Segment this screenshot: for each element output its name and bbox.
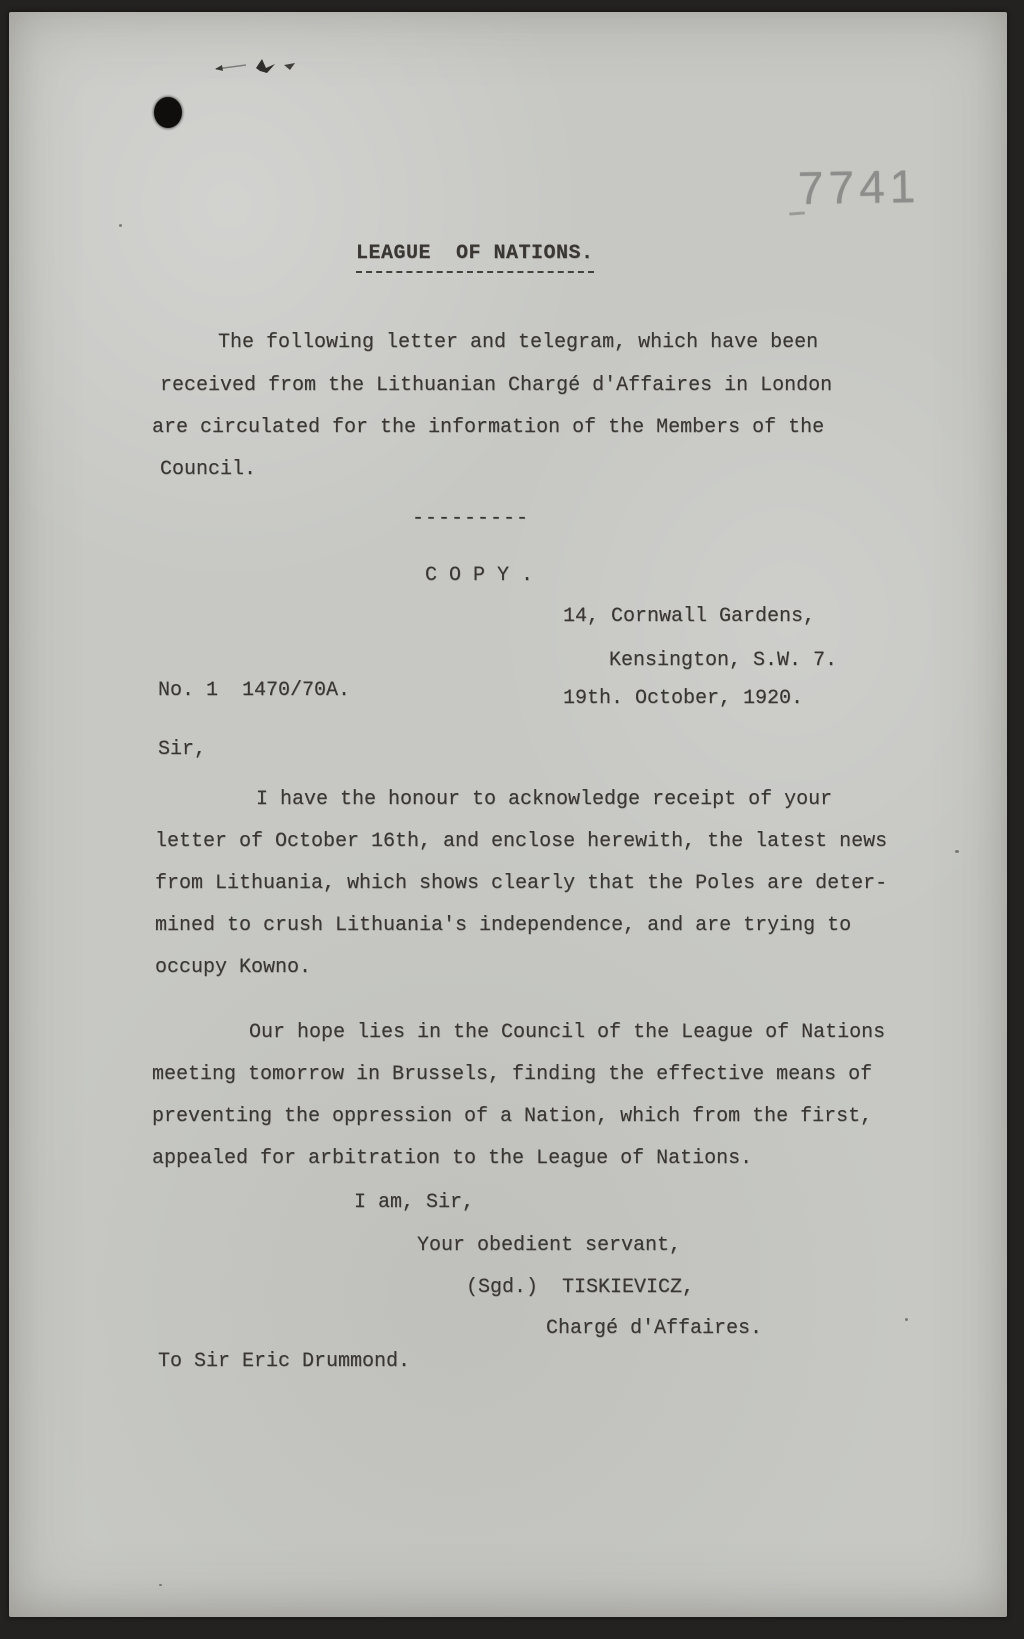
signature-line: (Sgd.) TISKIEVICZ, [466, 1275, 694, 1301]
salutation: Sir, [158, 737, 206, 763]
hole-punch-mark [154, 97, 182, 128]
paper-speck [905, 1318, 908, 1321]
dash-separator: --------- [412, 506, 529, 532]
body-line: occupy Kowno. [155, 955, 311, 981]
address-line: Kensington, S.W. 7. [609, 648, 837, 674]
document-title: LEAGUE OF NATIONS. [356, 241, 594, 273]
ink-scribble-mark [212, 52, 302, 84]
reference-number: No. 1 1470/70A. [158, 678, 350, 704]
scanned-document: 7741 LEAGUE OF NATIONS. The following le… [0, 0, 1024, 1639]
body-line: meeting tomorrow in Brussels, finding th… [152, 1062, 872, 1088]
body-line: preventing the oppression of a Nation, w… [152, 1104, 872, 1130]
paper: 7741 LEAGUE OF NATIONS. The following le… [9, 12, 1007, 1617]
body-line: mined to crush Lithuania's independence,… [155, 913, 851, 939]
addressee-line: To Sir Eric Drummond. [158, 1349, 410, 1375]
intro-line: Council. [160, 457, 256, 483]
paper-speck [159, 1584, 162, 1586]
closing-line: I am, Sir, [354, 1190, 474, 1216]
address-line: 14, Cornwall Gardens, [563, 604, 815, 630]
body-line: letter of October 16th, and enclose here… [155, 829, 887, 855]
closing-line: Your obedient servant, [417, 1233, 681, 1259]
body-line: I have the honour to acknowledge receipt… [256, 787, 832, 813]
page-number-stamp: 7741 [798, 159, 921, 215]
body-line: Our hope lies in the Council of the Leag… [249, 1020, 885, 1046]
copy-label: C O P Y . [425, 563, 533, 589]
paper-speck [955, 850, 959, 853]
intro-line: received from the Lithuanian Chargé d'Af… [160, 373, 832, 399]
date-line: 19th. October, 1920. [563, 686, 803, 712]
signatory-role: Chargé d'Affaires. [546, 1316, 762, 1342]
body-line: from Lithuania, which shows clearly that… [155, 871, 887, 897]
paper-speck [119, 224, 122, 227]
body-line: appealed for arbitration to the League o… [152, 1146, 752, 1172]
intro-line: The following letter and telegram, which… [218, 330, 818, 356]
intro-line: are circulated for the information of th… [152, 415, 824, 441]
